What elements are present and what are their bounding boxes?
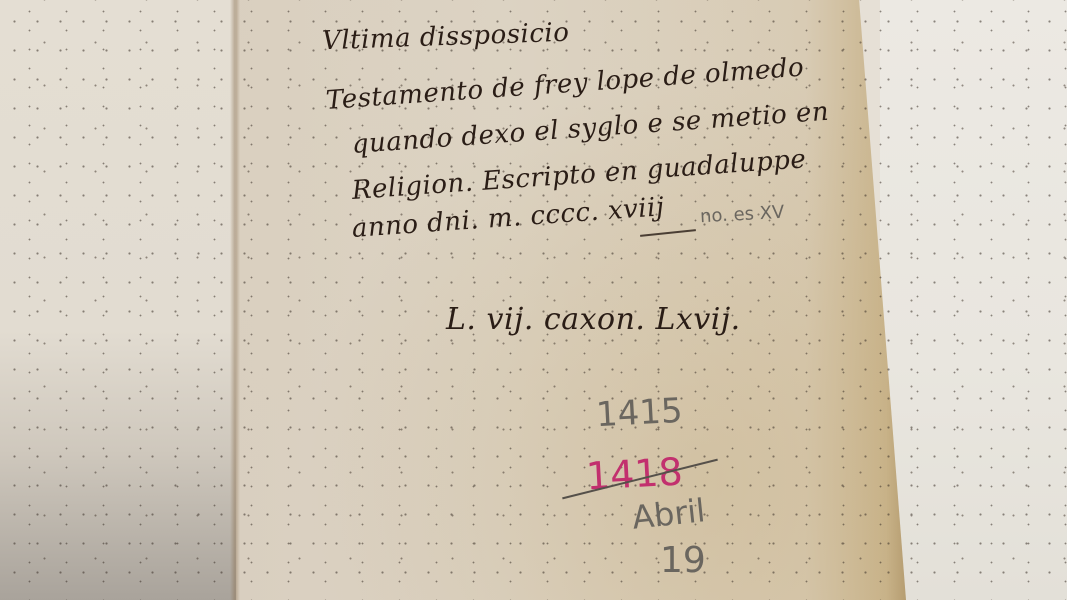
archival-date-corrected: 1418 [585, 449, 684, 498]
archival-date-original: 1415 [595, 391, 684, 435]
archival-date-day: 19 [660, 540, 706, 581]
pencil-annotation: no. es XV [700, 202, 785, 227]
left-backing-sheet [0, 0, 240, 600]
shelfmark: L. vij. caxon. Lxvij. [446, 302, 741, 337]
archival-date-month: Abril [630, 491, 707, 536]
folio-fold-edge [230, 0, 240, 600]
right-backing-sheet [880, 0, 1067, 600]
manuscript-photo: Vltima dissposicio Testamento de frey lo… [0, 0, 1067, 600]
